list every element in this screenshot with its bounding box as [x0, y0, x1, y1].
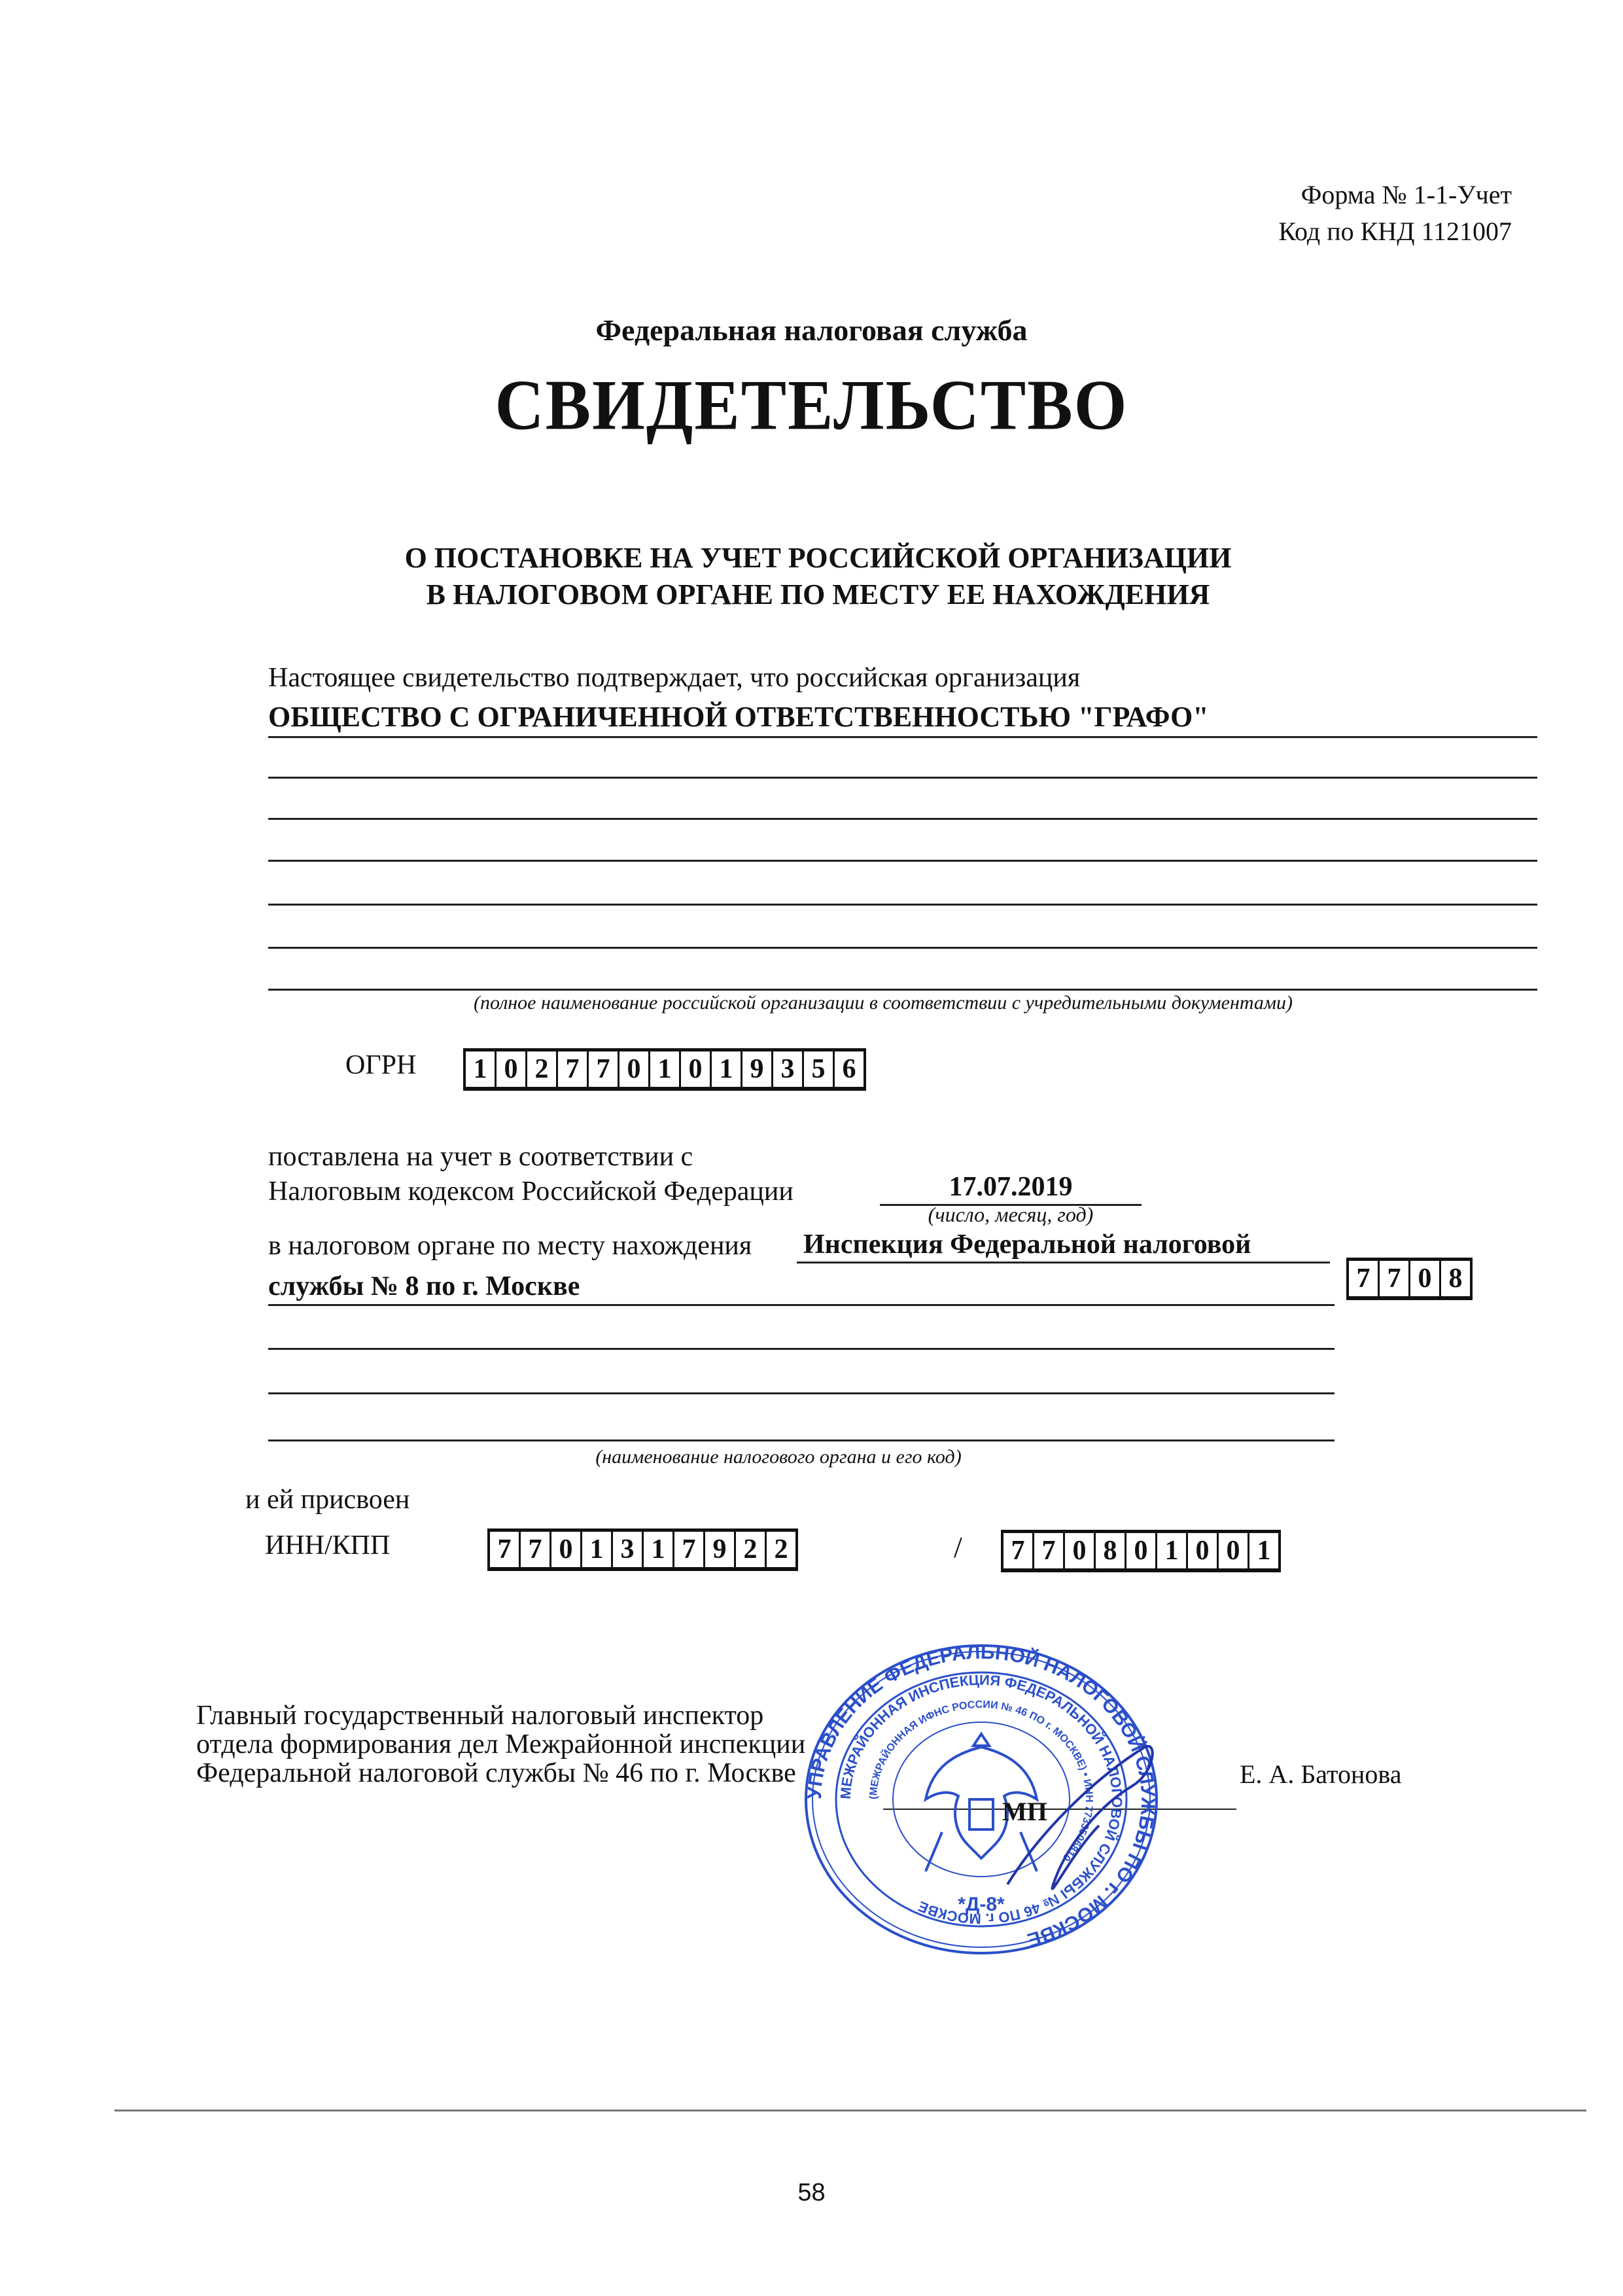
inn-digit: 1 — [582, 1532, 613, 1567]
tax-code-digit: 7 — [1380, 1261, 1410, 1296]
ogrn-digit: 0 — [497, 1051, 527, 1087]
kpp-digit: 7 — [1003, 1533, 1034, 1568]
ogrn-digit: 1 — [712, 1051, 742, 1087]
name-line — [268, 777, 1537, 779]
registration-line-1: поставлена на учет в соответствии с — [268, 1141, 693, 1173]
name-line — [268, 989, 1537, 991]
inn-digit: 9 — [705, 1532, 736, 1567]
tax-code-digit: 0 — [1410, 1261, 1441, 1296]
kpp-digit: 0 — [1065, 1533, 1096, 1568]
document-title: СВИДЕТЕЛЬСТВО — [0, 364, 1623, 446]
tax-code-digit: 7 — [1349, 1261, 1380, 1296]
name-line — [268, 860, 1537, 862]
kpp-digit: 1 — [1249, 1533, 1278, 1568]
ogrn-digit: 7 — [558, 1051, 589, 1087]
document-subtitle: О ПОСТАНОВКЕ НА УЧЕТ РОССИЙСКОЙ ОРГАНИЗА… — [0, 540, 1623, 613]
inn-digit: 0 — [551, 1532, 582, 1567]
organization-name: ОБЩЕСТВО С ОГРАНИЧЕННОЙ ОТВЕТСТВЕННОСТЬЮ… — [268, 700, 1209, 733]
ogrn-digit: 1 — [650, 1051, 681, 1087]
kpp-digit: 0 — [1219, 1533, 1249, 1568]
form-number: Форма № 1-1-Учет — [1278, 177, 1512, 213]
tax-authority-line — [268, 1304, 1335, 1306]
registration-date: 17.07.2019 — [880, 1171, 1142, 1203]
tax-code-digit: 8 — [1441, 1261, 1470, 1296]
kpp-digit: 8 — [1096, 1533, 1126, 1568]
footer-divider — [114, 2110, 1586, 2111]
signer-position: Главный государственный налоговый инспек… — [196, 1701, 805, 1788]
name-line — [268, 947, 1537, 949]
subtitle-line-2: В НАЛОГОВОМ ОРГАНЕ ПО МЕСТУ ЕЕ НАХОЖДЕНИ… — [13, 576, 1623, 613]
subtitle-line-1: О ПОСТАНОВКЕ НА УЧЕТ РОССИЙСКОЙ ОРГАНИЗА… — [13, 540, 1623, 576]
ogrn-digit: 7 — [589, 1051, 620, 1087]
ogrn-digit: 9 — [742, 1051, 773, 1087]
inn-digit: 7 — [490, 1532, 521, 1567]
form-info: Форма № 1-1-Учет Код по КНД 1121007 — [1278, 177, 1512, 250]
tax-authority-line — [797, 1262, 1330, 1263]
kpp-digit: 0 — [1188, 1533, 1219, 1568]
organization-name-caption: (полное наименование российской организа… — [393, 992, 1374, 1014]
tax-authority-prefix: в налоговом органе по месту нахождения — [268, 1230, 752, 1262]
ogrn-digit: 3 — [773, 1051, 804, 1087]
assigned-label: и ей присвоен — [245, 1484, 410, 1515]
stamp-seal-icon: УПРАВЛЕНИЕ ФЕДЕРАЛЬНОЙ НАЛОГОВОЙ СЛУЖБЫ … — [792, 1636, 1171, 1963]
svg-text:*Д-8*: *Д-8* — [958, 1894, 1005, 1915]
inn-digit: 2 — [767, 1532, 795, 1567]
inn-digit: 2 — [736, 1532, 767, 1567]
tax-authority-line — [268, 1348, 1335, 1350]
agency-name: Федеральная налоговая служба — [0, 313, 1623, 347]
kpp-digit: 0 — [1126, 1533, 1157, 1568]
seal-label: МП — [1002, 1796, 1047, 1827]
intro-text: Настоящее свидетельство подтверждает, чт… — [268, 662, 1080, 694]
kpp-field: 770801001 — [1001, 1530, 1281, 1572]
inn-kpp-separator: / — [954, 1530, 962, 1564]
tax-authority-code: 7708 — [1346, 1258, 1473, 1300]
tax-authority-name-line-1: Инспекция Федеральной налоговой — [803, 1229, 1251, 1260]
ogrn-label: ОГРН — [345, 1050, 416, 1081]
name-line — [268, 736, 1537, 738]
ogrn-digit: 5 — [804, 1051, 835, 1087]
ogrn-digit: 0 — [681, 1051, 712, 1087]
inn-kpp-label: ИНН/КПП — [265, 1530, 390, 1561]
signer-name: Е. А. Батонова — [1240, 1759, 1401, 1790]
tax-authority-line — [268, 1439, 1335, 1441]
tax-authority-caption: (наименование налогового органа и его ко… — [556, 1446, 1001, 1468]
ogrn-digit: 1 — [466, 1051, 497, 1087]
page-number: 58 — [0, 2179, 1623, 2207]
inn-digit: 3 — [613, 1532, 644, 1567]
knd-code: Код по КНД 1121007 — [1278, 213, 1512, 250]
svg-text:(МЕЖРАЙОННАЯ ИФНС РОССИИ № 46: (МЕЖРАЙОННАЯ ИФНС РОССИИ № 46 ПО г. МОСК… — [868, 1699, 1094, 1863]
signer-position-line-2: отдела формирования дел Межрайонной инсп… — [196, 1730, 805, 1759]
kpp-digit: 7 — [1034, 1533, 1065, 1568]
kpp-digit: 1 — [1157, 1533, 1188, 1568]
name-line — [268, 904, 1537, 906]
ogrn-digit: 6 — [835, 1051, 864, 1087]
inn-digit: 7 — [674, 1532, 705, 1567]
tax-authority-name-line-2: службы № 8 по г. Москве — [268, 1271, 580, 1302]
signer-position-line-1: Главный государственный налоговый инспек… — [196, 1701, 805, 1730]
official-stamp: УПРАВЛЕНИЕ ФЕДЕРАЛЬНОЙ НАЛОГОВОЙ СЛУЖБЫ … — [792, 1636, 1171, 1963]
date-caption: (число, месяц, год) — [880, 1203, 1142, 1227]
ogrn-digit: 2 — [527, 1051, 558, 1087]
name-line — [268, 818, 1537, 820]
signer-position-line-3: Федеральной налоговой службы № 46 по г. … — [196, 1759, 805, 1788]
registration-line-2: Налоговым кодексом Российской Федерации — [268, 1176, 794, 1207]
ogrn-digit: 0 — [620, 1051, 650, 1087]
inn-digit: 7 — [521, 1532, 551, 1567]
tax-authority-line — [268, 1392, 1335, 1394]
inn-field: 7701317922 — [487, 1528, 798, 1571]
ogrn-field: 1027701019356 — [463, 1048, 866, 1091]
inn-digit: 1 — [644, 1532, 674, 1567]
